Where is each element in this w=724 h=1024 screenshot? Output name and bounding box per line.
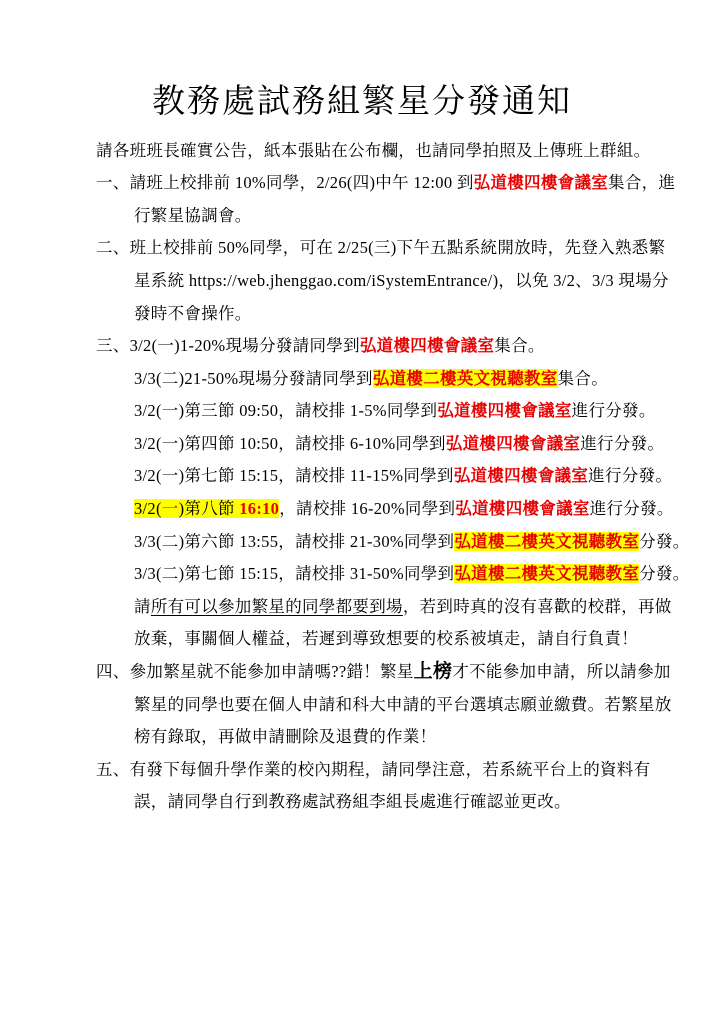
item-2-line-1: 二、班上校排前 50%同學，可在 2/25(三)下午五點系統開放時，先登入熟悉繁	[96, 232, 634, 265]
document-body: 請各班班長確實公告，紙本張貼在公布欄，也請同學拍照及上傳班上群組。一、請班上校排…	[0, 125, 724, 819]
item-4-line-1: 四、參加繁星就不能參加申請嗎??錯！繁星上榜才不能參加申請，所以請參加	[96, 656, 634, 689]
text-run: 分發。	[639, 532, 689, 551]
text-run: 集合。	[558, 369, 608, 388]
item-3-line-1: 三、3/2(一)1-20%現場分發請同學到弘道樓四樓會議室集合。	[96, 330, 634, 363]
text-run: 發時不會操作。	[134, 304, 252, 323]
text-run: 弘道樓四樓會議室	[437, 401, 571, 420]
item-5-line-1: 五、有發下每個升學作業的校內期程，請同學注意，若系統平台上的資料有	[96, 754, 634, 787]
text-run: 星系統	[134, 271, 189, 290]
item-5-line-2: 誤，請同學自行到教務處試務組李組長處進行確認並更改。	[96, 786, 634, 819]
text-run: 3/3(二)第七節 15:15，請校排 31-50%同學到	[134, 564, 454, 583]
item-3-note-line-1: 請所有可以參加繁星的同學都要到場，若到時真的沒有喜歡的校群，再做	[96, 591, 634, 624]
text-run: 弘道樓四樓會議室	[455, 499, 589, 518]
text-run: 3/2(一)第四節 10:50，請校排 6-10%同學到	[134, 434, 446, 453]
text-run: 行繁星協調會。	[134, 206, 252, 225]
text-run: 三、3/2(一)1-20%現場分發請同學到	[96, 336, 360, 355]
text-run: ，請校排 16-20%同學到	[279, 499, 455, 518]
text-run: 繁星的同學也要在個人申請和科大申請的平台選填志願並繳費。若繁星放	[134, 695, 672, 714]
text-run: 進行分發。	[580, 434, 664, 453]
text-run: 弘道樓四樓會議室	[360, 336, 494, 355]
text-run: 3/3(二)第六節 13:55，請校排 21-30%同學到	[134, 532, 454, 551]
text-run: 弘道樓二樓英文視聽教室	[454, 532, 639, 551]
intro-line: 請各班班長確實公告，紙本張貼在公布欄，也請同學拍照及上傳班上群組。	[96, 135, 634, 168]
schedule-line-6: 3/3(二)第七節 15:15，請校排 31-50%同學到弘道樓二樓英文視聽教室…	[96, 558, 634, 591]
text-run: 請	[134, 597, 151, 616]
text-run: 榜有錄取，再做申請刪除及退費的作業！	[134, 727, 436, 746]
item-2-line-2: 星系統 https://web.jhenggao.com/iSystemEntr…	[96, 265, 634, 298]
item-4-line-2: 繁星的同學也要在個人申請和科大申請的平台選填志願並繳費。若繁星放	[96, 689, 634, 722]
text-run: 放棄，事關個人權益，若遲到導致想要的校系被填走，請自行負責！	[134, 629, 638, 648]
text-run: 一	[162, 499, 179, 518]
text-run: 二、班上校排前 50%同學，可在 2/25(三)下午五點系統開放時，先登入熟悉繁	[96, 238, 665, 257]
text-run: 弘道樓二樓英文視聽教室	[373, 369, 558, 388]
text-run: 分發。	[639, 564, 689, 583]
text-run: 才不能參加申請，所以請參加	[452, 662, 670, 681]
notice-page: 教務處試務組繁星分發通知 請各班班長確實公告，紙本張貼在公布欄，也請同學拍照及上…	[0, 0, 724, 1024]
item-3-note-line-2: 放棄，事關個人權益，若遲到導致想要的校系被填走，請自行負責！	[96, 623, 634, 656]
text-run: 3/2(一)第三節 09:50，請校排 1-5%同學到	[134, 401, 437, 420]
text-run: )第八節	[179, 499, 240, 518]
text-run: 弘道樓四樓會議室	[454, 466, 588, 485]
text-run: 五、有發下每個升學作業的校內期程，請同學注意，若系統平台上的資料有	[96, 760, 650, 779]
item-1-line-2: 行繁星協調會。	[96, 200, 634, 233]
text-run: 進行分發。	[572, 401, 656, 420]
text-run: ，若到時真的沒有喜歡的校群，再做	[403, 597, 672, 616]
text-run: 集合。	[494, 336, 544, 355]
url-text: https://web.jhenggao.com/iSystemEntrance…	[189, 271, 493, 290]
text-run: 弘道樓四樓會議室	[446, 434, 580, 453]
item-4-line-3: 榜有錄取，再做申請刪除及退費的作業！	[96, 721, 634, 754]
schedule-line-1: 3/2(一)第三節 09:50，請校排 1-5%同學到弘道樓四樓會議室進行分發。	[96, 395, 634, 428]
item-2-line-3: 發時不會操作。	[96, 298, 634, 331]
text-run: 進行分發。	[590, 499, 674, 518]
text-run: )，以免 3/2、3/3 現場分	[493, 271, 669, 290]
item-3-line-2: 3/3(二)21-50%現場分發請同學到弘道樓二樓英文視聽教室集合。	[96, 363, 634, 396]
text-run: 16:10	[239, 499, 279, 518]
text-run: 弘道樓四樓會議室	[474, 173, 608, 192]
text-run: 集合，進	[608, 173, 675, 192]
text-run: 3/3(二)21-50%現場分發請同學到	[134, 369, 373, 388]
text-run: 弘道樓二樓英文視聽教室	[454, 564, 639, 583]
text-run: 四、參加繁星就不能參加申請嗎??錯！繁星	[96, 662, 414, 681]
text-run: 一、請班上校排前 10%同學，2/26(四)中午 12:00 到	[96, 173, 474, 192]
text-run: 3/2(一)第七節 15:15，請校排 11-15%同學到	[134, 466, 454, 485]
schedule-line-3: 3/2(一)第七節 15:15，請校排 11-15%同學到弘道樓四樓會議室進行分…	[96, 460, 634, 493]
item-1-line-1: 一、請班上校排前 10%同學，2/26(四)中午 12:00 到弘道樓四樓會議室…	[96, 167, 634, 200]
text-run: 3/2(	[134, 499, 162, 518]
text-run: 誤，請同學自行到教務處試務組李組長處進行確認並更改。	[134, 792, 571, 811]
schedule-line-2: 3/2(一)第四節 10:50，請校排 6-10%同學到弘道樓四樓會議室進行分發…	[96, 428, 634, 461]
page-title: 教務處試務組繁星分發通知	[0, 0, 724, 125]
text-run: 進行分發。	[588, 466, 672, 485]
text-run: 請各班班長確實公告，紙本張貼在公布欄，也請同學拍照及上傳班上群組。	[96, 141, 650, 160]
schedule-line-5: 3/3(二)第六節 13:55，請校排 21-30%同學到弘道樓二樓英文視聽教室…	[96, 526, 634, 559]
text-run: 所有可以參加繁星的同學都要到場	[151, 597, 403, 616]
schedule-line-4: 3/2(一)第八節 16:10，請校排 16-20%同學到弘道樓四樓會議室進行分…	[96, 493, 634, 526]
text-run: 上榜	[414, 661, 453, 682]
